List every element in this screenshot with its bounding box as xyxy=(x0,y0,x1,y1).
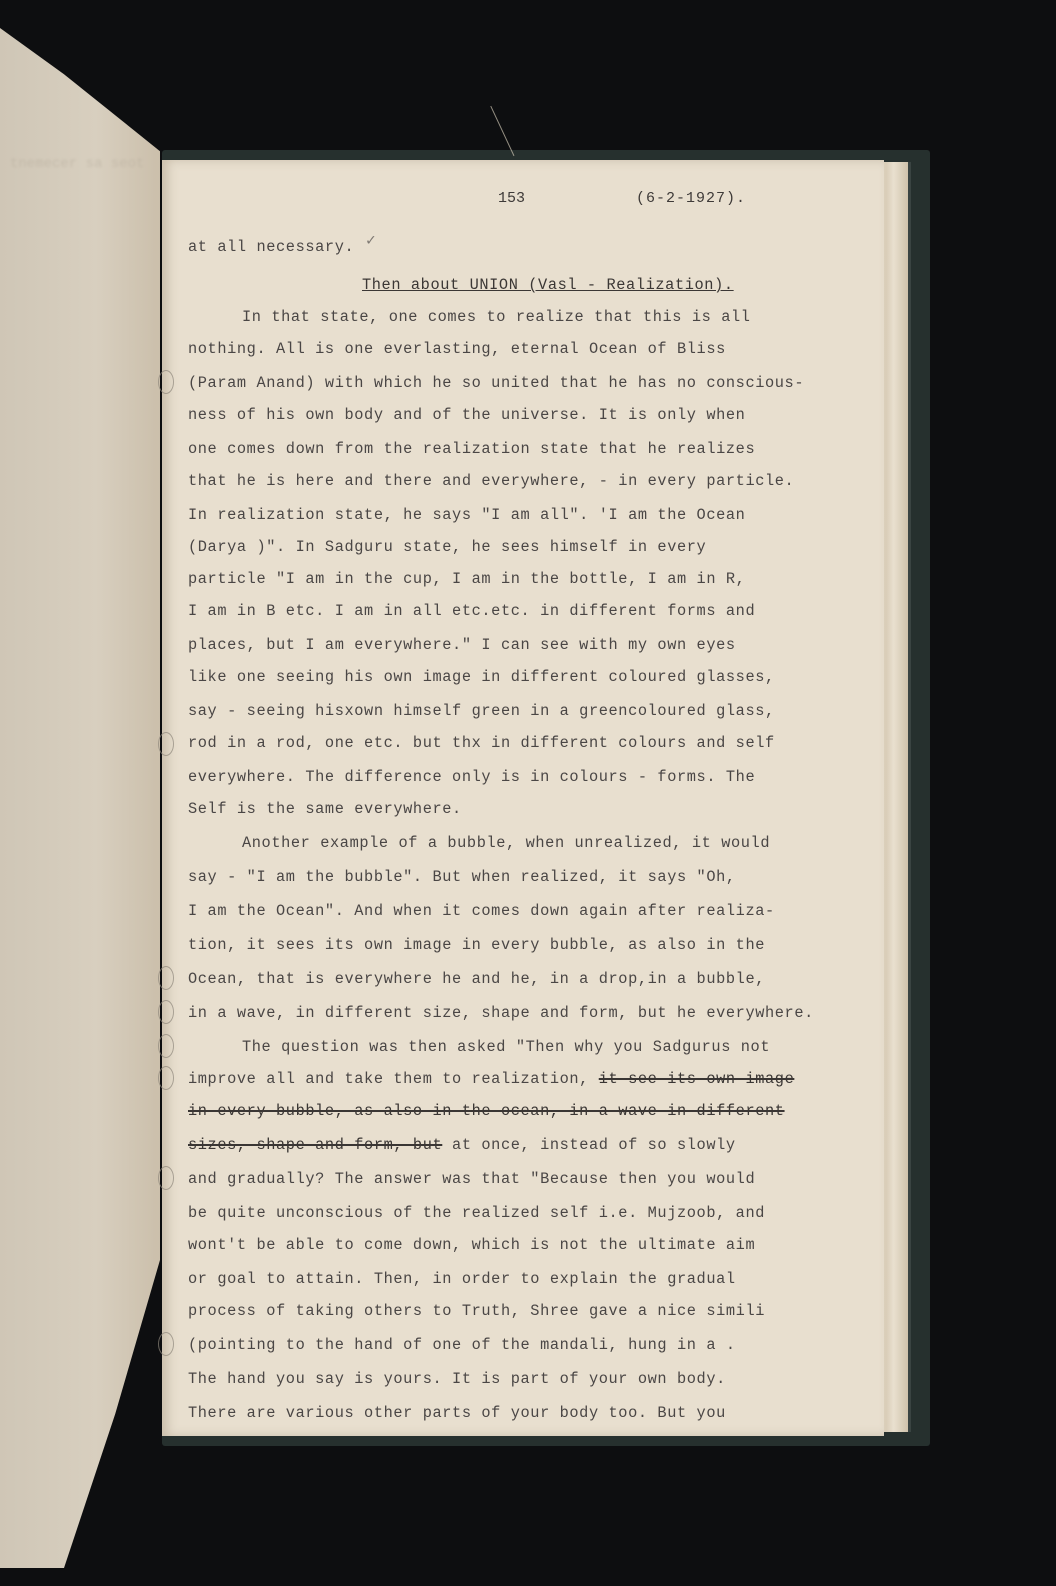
text-line: (pointing to the hand of one of the mand… xyxy=(188,1336,736,1354)
text-line: wont't be able to come down, which is no… xyxy=(188,1236,755,1254)
text-line: Another example of a bubble, when unreal… xyxy=(242,834,770,852)
text-line: and gradually? The answer was that "Beca… xyxy=(188,1170,755,1188)
text-line: one comes down from the realization stat… xyxy=(188,440,755,458)
text-line: The hand you say is yours. It is part of… xyxy=(188,1370,726,1388)
text-line: Self is the same everywhere. xyxy=(188,800,462,818)
text-line: say - seeing hisxown himself green in a … xyxy=(188,702,775,720)
text-line: In realization state, he says "I am all"… xyxy=(188,506,745,524)
text-line: places, but I am everywhere." I can see … xyxy=(188,636,736,654)
text-line: or goal to attain. Then, in order to exp… xyxy=(188,1270,736,1288)
checkmark-icon: ✓ xyxy=(366,230,376,250)
text-line: ness of his own body and of the universe… xyxy=(188,406,745,424)
struck-text: it-see-its-own-image xyxy=(599,1070,795,1088)
text-line: I am the Ocean". And when it comes down … xyxy=(188,902,775,920)
margin-circle-mark xyxy=(158,1000,174,1024)
text-line: (Param Anand) with which he so united th… xyxy=(188,374,804,392)
text-line: everywhere. The difference only is in co… xyxy=(188,768,755,786)
margin-circle-mark xyxy=(158,1166,174,1190)
text-line: in a wave, in different size, shape and … xyxy=(188,1004,814,1022)
margin-circle-mark xyxy=(158,1066,174,1090)
text-line: sizes,-shape-and-form,-but at once, inst… xyxy=(188,1136,736,1154)
text-line: like one seeing his own image in differe… xyxy=(188,668,775,686)
margin-circle-mark xyxy=(158,1034,174,1058)
margin-circle-mark xyxy=(158,732,174,756)
left-facing-page: tnemecer sa seot ni ti ta nwod emoc ot g… xyxy=(0,28,160,1568)
text-line: say - "I am the bubble". But when realiz… xyxy=(188,868,736,886)
margin-circle-mark xyxy=(158,1332,174,1356)
text-line: process of taking others to Truth, Shree… xyxy=(188,1302,765,1320)
text-line: In that state, one comes to realize that… xyxy=(242,308,751,326)
text-line: Ocean, that is everywhere he and he, in … xyxy=(188,970,765,988)
typed-page: 153 (6-2-1927). at all necessary.✓ Then … xyxy=(162,160,884,1436)
text-line: tion, it sees its own image in every bub… xyxy=(188,936,765,954)
text-line: improve all and take them to realization… xyxy=(188,1070,794,1088)
text-line: rod in a rod, one etc. but thx in differ… xyxy=(188,734,775,752)
margin-circle-mark xyxy=(158,966,174,990)
text-line: (Darya )". In Sadguru state, he sees him… xyxy=(188,538,706,556)
text-line: The question was then asked "Then why yo… xyxy=(242,1038,770,1056)
text-line: particle "I am in the cup, I am in the b… xyxy=(188,570,745,588)
section-heading: Then about UNION (Vasl - Realization). xyxy=(362,276,734,294)
page-number: 153 xyxy=(498,190,525,207)
margin-circle-mark xyxy=(158,370,174,394)
struck-line: in-every-bubble,-as-also-in-the-ocean,-i… xyxy=(188,1102,785,1120)
struck-text: sizes,-shape-and-form,-but xyxy=(188,1136,442,1154)
loose-thread xyxy=(490,89,550,156)
text-line: There are various other parts of your bo… xyxy=(188,1404,726,1422)
page-date: (6-2-1927). xyxy=(636,190,746,207)
text-line: I am in B etc. I am in all etc.etc. in d… xyxy=(188,602,755,620)
left-page-bleed-text: tnemecer sa seot ni ti ta nwod emoc ot g… xyxy=(10,148,150,181)
text-line: that he is here and there and everywhere… xyxy=(188,472,794,490)
text-line: at all necessary.✓ xyxy=(188,238,354,256)
text-line: nothing. All is one everlasting, eternal… xyxy=(188,340,726,358)
text-line: be quite unconscious of the realized sel… xyxy=(188,1204,765,1222)
